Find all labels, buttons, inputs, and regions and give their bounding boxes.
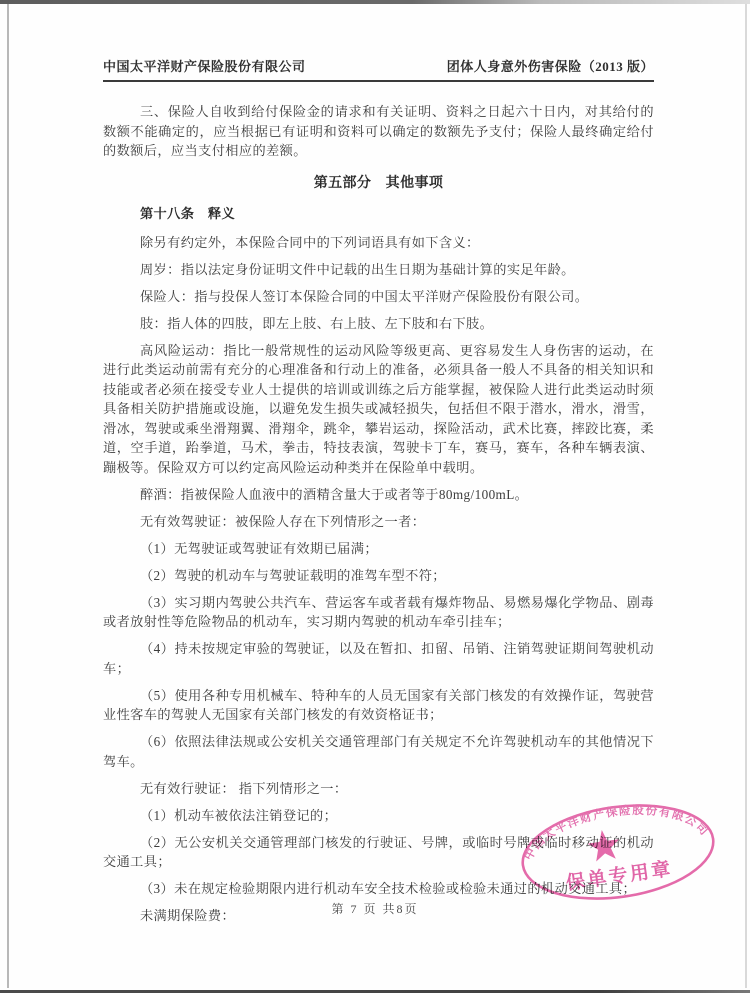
page-number: 第 7 页 共8页: [331, 902, 418, 916]
clause-title: 第十八条 释义: [103, 204, 654, 224]
paragraph: 除另有约定外，本保险合同中的下列词语具有如下含义：: [103, 233, 654, 253]
paragraph: 三、保险人自收到给付保险金的请求和有关证明、资料之日起六十日内，对其给付的数额不…: [103, 102, 654, 161]
paragraph: 保险人：指与投保人签订本保险合同的中国太平洋财产保险股份有限公司。: [103, 287, 654, 307]
paragraph: 高风险运动：指比一般常规性的运动风险等级更高、更容易发生人身伤害的运动，在进行此…: [103, 341, 654, 478]
paragraph: （2）驾驶的机动车与驾驶证载明的准驾车型不符；: [103, 566, 654, 586]
paragraph: 醉酒：指被保险人血液中的酒精含量大于或者等于80mg/100mL。: [103, 485, 654, 505]
paragraph: （2）无公安机关交通管理部门核发的行驶证、号牌，或临时号牌或临时移动证的机动交通…: [103, 833, 654, 872]
header-company-name: 中国太平洋财产保险股份有限公司: [103, 56, 306, 75]
page-header: 中国太平洋财产保险股份有限公司 团体人身意外伤害保险（2013 版）: [103, 56, 654, 82]
paragraph: （1）无驾驶证或驾驶证有效期已届满；: [103, 539, 654, 559]
paragraph: （3）未在规定检验期限内进行机动车安全技术检验或检验未通过的机动交通工具；: [103, 879, 654, 899]
section-title: 第五部分 其他事项: [103, 174, 654, 194]
paragraph: （3）实习期内驾驶公共汽车、营运客车或者载有爆炸物品、易燃易爆化学物品、剧毒或者…: [103, 593, 654, 632]
paragraph: 肢：指人体的四肢，即左上肢、右上肢、左下肢和右下肢。: [103, 314, 654, 334]
paragraph: 无有效行驶证： 指下列情形之一：: [103, 779, 654, 799]
paragraph: （4）持未按规定审验的驾驶证，以及在暂扣、扣留、吊销、注销驾驶证期间驾驶机动车；: [103, 639, 654, 678]
paragraph: （1）机动车被依法注销登记的；: [103, 806, 654, 826]
document-page: 中国太平洋财产保险股份有限公司 团体人身意外伤害保险（2013 版） 三、保险人…: [0, 0, 750, 933]
paragraph: 周岁：指以法定身份证明文件中记载的出生日期为基础计算的实足年龄。: [103, 260, 654, 280]
paragraph: 无有效驾驶证：被保险人存在下列情形之一者：: [103, 512, 654, 532]
header-product-name: 团体人身意外伤害保险（2013 版）: [447, 56, 654, 75]
paragraph: （5）使用各种专用机械车、特种车的人员无国家有关部门核发的有效操作证，驾驶营业性…: [103, 686, 654, 725]
paragraph-list: 三、保险人自收到给付保险金的请求和有关证明、资料之日起六十日内，对其给付的数额不…: [103, 102, 654, 926]
scan-edge-bottom: [0, 990, 750, 993]
page-footer: 第 7 页 共8页: [0, 900, 750, 917]
paragraph: （6）依照法律法规或公安机关交通管理部门有关规定不允许驾驶机动车的其他情况下驾车…: [103, 732, 654, 771]
